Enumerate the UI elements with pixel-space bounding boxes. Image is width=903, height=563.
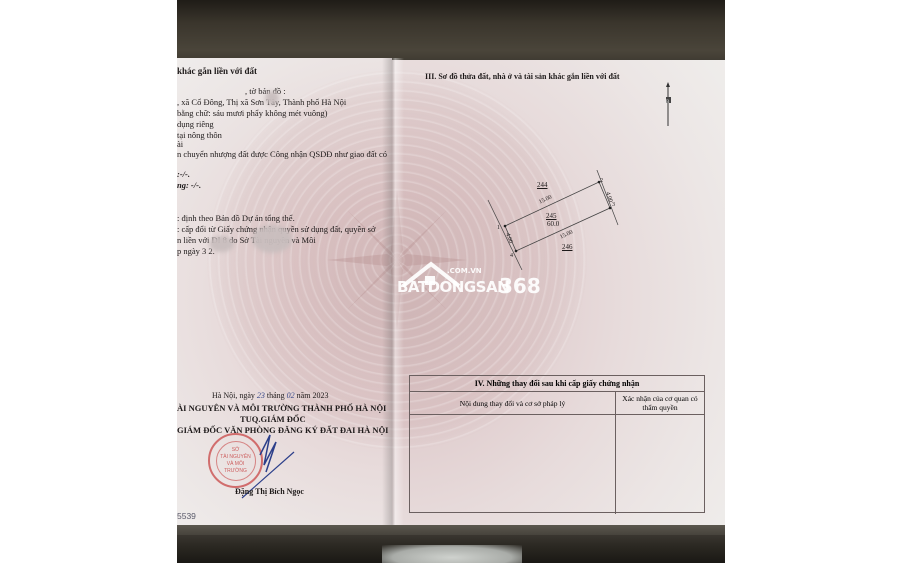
left-note-1: : định theo Bản đồ Dự án tổng thể. <box>177 213 295 224</box>
table-cell-content <box>410 415 616 514</box>
left-line-2: , xã Cổ Đông, Thị xã Sơn Tây, Thành phố … <box>177 97 346 108</box>
left-heading: khác gắn liền với đất <box>177 66 257 77</box>
redaction-blur <box>209 236 234 252</box>
redaction-blur <box>265 91 279 105</box>
vertex-3: 3 <box>612 200 615 211</box>
parcel-244: 244 <box>537 180 548 191</box>
table-header-confirmation: Xác nhận của cơ quan có thẩm quyền <box>616 392 704 414</box>
left-note-4: p ngày 3 2. <box>177 246 215 257</box>
section-4-title: IV. Những thay đổi sau khi cấp giấy chứn… <box>410 376 704 392</box>
north-label: B <box>666 97 669 108</box>
left-dash-1: :-/-. <box>177 169 190 180</box>
parcel-246: 246 <box>562 242 573 253</box>
center-fold <box>382 58 404 528</box>
serial-number: 5539 <box>177 511 196 522</box>
changes-table: IV. Những thay đổi sau khi cấp giấy chứn… <box>409 375 705 513</box>
table-cell-confirmation <box>616 415 704 514</box>
vertex-1: 1 <box>497 223 500 234</box>
authority-name: ÀI NGUYÊN VÀ MÔI TRƯỜNG THÀNH PHỐ HÀ NỘI <box>177 403 386 414</box>
left-note-3: n liền với DI 8 do Sở Tài nguyên và Môi <box>177 235 316 246</box>
left-dash-2: ng: -/-. <box>177 180 201 191</box>
section-3-title: III. Sơ đồ thửa đất, nhà ở và tài sản kh… <box>425 71 620 82</box>
date-line: Hà Nội, ngày 23 tháng 02 năm 2023 <box>212 390 328 401</box>
document-photo: khác gắn liền với đất , tờ bản đồ : , xã… <box>177 0 725 563</box>
left-line-5: tại nông thôn <box>177 130 222 141</box>
vertex-2: 2 <box>600 176 603 187</box>
title-tuq: TUQ.GIÁM ĐỐC <box>240 414 306 425</box>
redaction-blur <box>252 225 292 253</box>
cloth-object <box>382 545 522 563</box>
parcel-area: 60.0 <box>547 219 559 230</box>
table-header-content: Nội dung thay đổi và cơ sở pháp lý <box>410 392 616 414</box>
left-line-3: bằng chữ: sáu mươi phẩy không mét vuông) <box>177 108 327 119</box>
signer-name: Đặng Thị Bích Ngọc <box>235 486 304 497</box>
left-line-7: n chuyển nhượng đất được Công nhận QSDĐ … <box>177 149 387 160</box>
left-line-4: dụng riêng <box>177 119 214 130</box>
vertex-4: 4 <box>510 251 513 262</box>
